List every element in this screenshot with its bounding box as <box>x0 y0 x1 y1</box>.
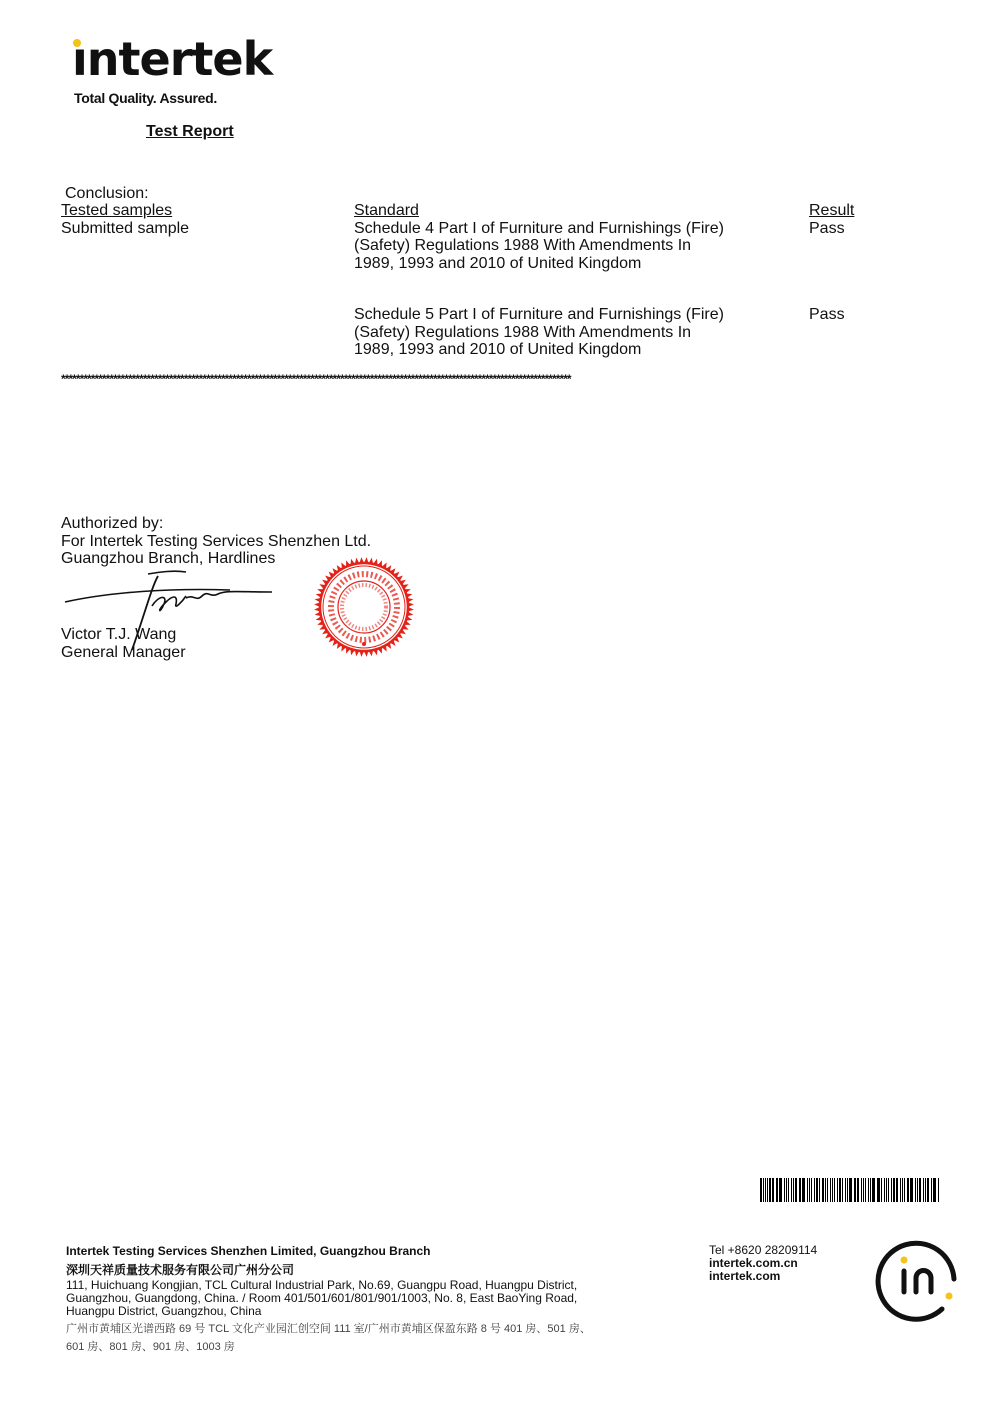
footer-company: Intertek Testing Services Shenzhen Limit… <box>66 1244 431 1258</box>
brand-tagline: Total Quality. Assured. <box>74 90 217 106</box>
row1-sample: Submitted sample <box>61 220 189 238</box>
footer-web[interactable]: intertek.com <box>709 1270 817 1283</box>
signer-title: General Manager <box>61 644 186 662</box>
conclusion-label: Conclusion: <box>65 185 149 203</box>
logo-accent-dot <box>73 39 81 47</box>
report-title: Test Report <box>146 123 234 141</box>
row1-result: Pass <box>809 220 845 238</box>
signer-block: Victor T.J. Wang General Manager <box>61 626 186 661</box>
footer-address: 111, Huichuang Kongjian, TCL Cultural In… <box>66 1279 606 1318</box>
signer-name: Victor T.J. Wang <box>61 626 186 644</box>
footer-contact: Tel +8620 28209114 intertek.com.cn inter… <box>709 1244 817 1283</box>
footer-address-cn: 广州市黄埔区光谱西路 69 号 TCL 文化产业园汇创空间 111 室/广州市黄… <box>66 1321 606 1356</box>
footer-company-cn: 深圳天祥质量技术服务有限公司广州分公司 <box>66 1261 294 1278</box>
intertek-logo: intertek <box>72 36 272 82</box>
header-result: Result <box>809 202 854 220</box>
header-standard: Standard <box>354 202 734 220</box>
header-tested-samples: Tested samples <box>61 202 172 220</box>
separator-line: ****************************************… <box>61 372 571 386</box>
company-seal-icon <box>310 556 418 658</box>
row2-standard: Schedule 5 Part I of Furniture and Furni… <box>354 306 734 359</box>
barcode <box>760 1178 940 1202</box>
authorizing-org: For Intertek Testing Services Shenzhen L… <box>61 533 371 551</box>
row2-result: Pass <box>809 306 845 324</box>
authorized-by-label: Authorized by: <box>61 515 371 533</box>
intertek-in-logo-icon <box>872 1234 962 1324</box>
row1-standard: Schedule 4 Part I of Furniture and Furni… <box>354 220 734 273</box>
